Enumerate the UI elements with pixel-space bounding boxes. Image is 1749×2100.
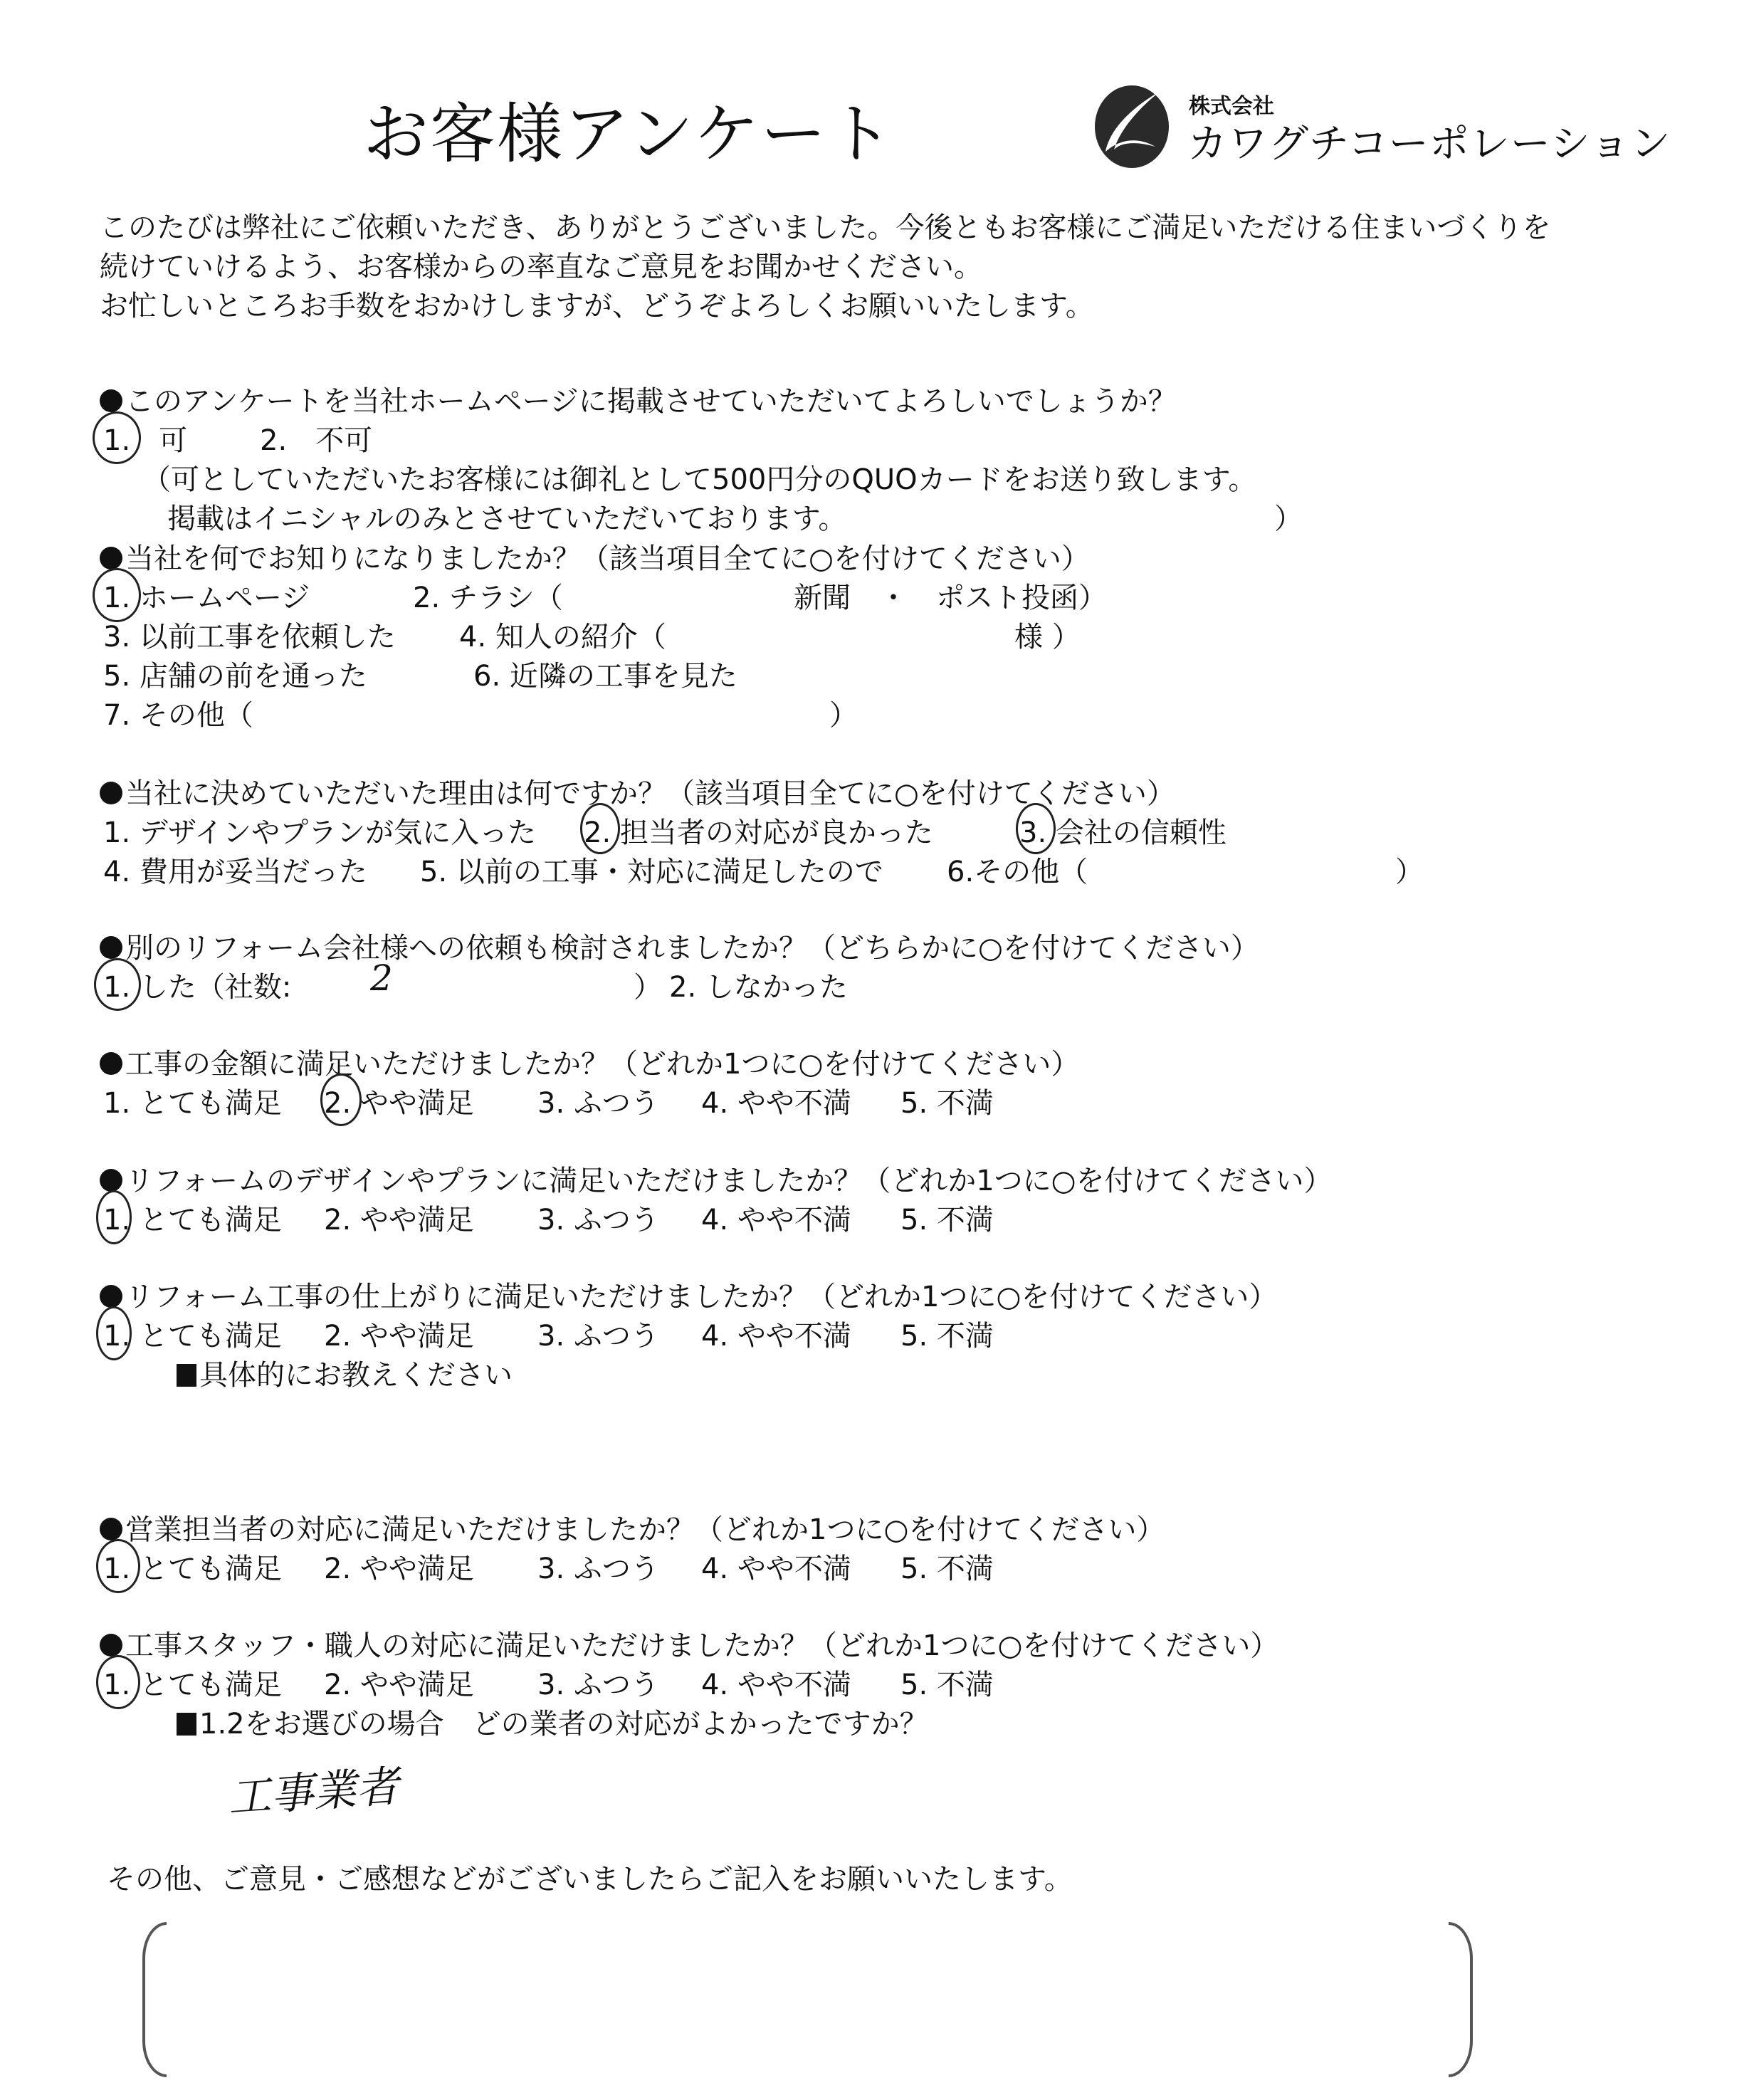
scale-option-3[interactable]: 3. ふつう [537,1081,659,1121]
option-saw-nearby-work[interactable]: 6. 近隣の工事を見た [473,653,737,694]
scale-option-1[interactable]: 1. とても満足 [103,1081,282,1121]
scale-option-3[interactable]: 3. ふつう [537,1197,659,1238]
scale-option-4[interactable]: 4. やや不満 [701,1546,851,1587]
option-passed-store[interactable]: 5. 店舗の前を通った [103,653,367,694]
question-design-satisfaction: リフォームのデザインやプランに満足いただけましたか？（どれか1つに○を付けてくだ… [100,1158,1333,1199]
comments-bracket-left [142,1922,167,2077]
option-previous-work[interactable]: 3. 以前工事を依頼した [103,614,396,655]
finish-detail-label: 具体的にお教えください [177,1353,513,1393]
square-bullet-icon [177,1364,196,1387]
bullet-icon [100,1634,122,1657]
publish-note-2: 掲載はイニシャルのみとさせていただいております。 [167,496,846,537]
option-referral-close: 様 ） [1014,614,1081,655]
comments-label: その他、ご意見・ご感想などがございましたらご記入をお願いいたします。 [107,1857,1073,1897]
option-referral[interactable]: 4. 知人の紹介（ [459,614,666,655]
scale-option-4[interactable]: 4. やや不満 [701,1197,851,1238]
selected-mark [93,411,141,464]
question-how-found: 当社を何でお知りになりましたか？（該当項目全てに○を付けてください） [100,536,1090,577]
question-publish: このアンケートを当社ホームページに掲載させていただいてよろしいでしょうか？ [100,379,1177,419]
question-sales-satisfaction: 営業担当者の対応に満足いただけましたか？（どれか1つに○を付けてください） [100,1507,1165,1548]
question-text: リフォームのデザインやプランに満足いただけましたか？（どれか1つに○を付けてくだ… [125,1165,1333,1197]
intro-line-1: このたびは弊社にご依頼いただき、ありがとうございました。今後ともお客様にご満足い… [100,205,1550,246]
option-publish-no[interactable]: 2. 不可 [260,418,372,458]
scale-option-2[interactable]: 2. やや満足 [324,1197,474,1238]
staff-detail-input[interactable]: 工事業者 [226,1753,400,1826]
selected-mark [96,1655,140,1709]
option-design[interactable]: 1. デザインやプランが気に入った [103,810,536,851]
scale-option-3[interactable]: 3. ふつう [537,1662,659,1703]
bullet-icon [100,389,122,412]
question-finish-satisfaction: リフォーム工事の仕上がりに満足いただけましたか？（どれか1つに○を付けてください… [100,1274,1277,1315]
selected-mark [94,958,141,1011]
scale-option-4[interactable]: 4. やや不満 [701,1081,851,1121]
company-count-value[interactable]: 2 [370,957,393,999]
option-other-close: ） [829,693,858,733]
intro-line-3: お忙しいところお手数をおかけしますが、どうぞよろしくお願いいたします。 [100,283,1094,324]
option-flyer[interactable]: 2. チラシ（ [413,575,563,616]
question-text: 工事の金額に満足いただけましたか？（どれか1つに○を付けてください） [125,1048,1079,1081]
bullet-icon [100,936,122,959]
scale-option-3[interactable]: 3. ふつう [537,1313,659,1354]
option-cost[interactable]: 4. 費用が妥当だった [103,849,367,890]
selected-mark [580,803,620,854]
question-reason: 当社に決めていただいた理由は何ですか？（該当項目全てに○を付けてください） [100,771,1175,812]
finish-detail-input[interactable] [214,1395,1353,1466]
detail-label-text: 具体的にお教えください [199,1359,513,1392]
selected-mark [96,1539,140,1593]
option-staff[interactable]: 2. 担当者の対応が良かった [584,810,933,851]
scale-option-5[interactable]: 5. 不満 [900,1197,994,1238]
scale-option-5[interactable]: 5. 不満 [900,1313,994,1354]
option-prior-satisfaction[interactable]: 5. 以前の工事・対応に満足したので [420,849,883,890]
scale-option-2[interactable]: 2. やや満足 [324,1662,474,1703]
scale-option-3[interactable]: 3. ふつう [537,1546,659,1587]
question-other-companies: 別のリフォーム会社様への依頼も検討されましたか？（どちらかに○を付けてください） [100,925,1259,966]
question-text: リフォーム工事の仕上がりに満足いただけましたか？（どれか1つに○を付けてください… [125,1281,1277,1313]
square-bullet-icon [177,1713,196,1736]
selected-mark [96,1190,132,1244]
scale-option-5[interactable]: 5. 不満 [900,1081,994,1121]
company-name: カワグチコーポレーション [1187,112,1671,169]
company-count-close: ） [634,965,662,1005]
bullet-icon [100,547,122,569]
question-text: 工事スタッフ・職人の対応に満足いただけましたか？（どれか1つに○を付けてください… [125,1629,1278,1662]
scale-option-2[interactable]: 2. やや満足 [324,1313,474,1354]
option-other-close: ） [1395,849,1424,890]
option-other[interactable]: 6.その他（ [947,849,1088,890]
selected-mark [1016,803,1056,854]
bullet-icon [100,782,122,804]
intro-line-2: 続けていけるよう、お客様からの率直なご意見をお聞かせください。 [100,244,982,285]
scale-option-4[interactable]: 4. やや不満 [701,1662,851,1703]
option-not-considered[interactable]: 2. しなかった [669,965,848,1005]
publish-note-close: ） [1274,496,1303,537]
company-logo-icon [1093,84,1175,169]
bullet-icon [100,1052,122,1075]
option-other[interactable]: 7. その他（ [103,693,253,733]
comments-bracket-right [1449,1922,1473,2077]
publish-note-1: （可としていただいたお客様には御礼として500円分のQUOカードをお送り致します… [142,457,1256,498]
question-text: 別のリフォーム会社様への依頼も検討されましたか？（どちらかに○を付けてください） [125,932,1259,965]
staff-detail-label: 1.2をお選びの場合 どの業者の対応がよかったですか？ [177,1701,928,1742]
comments-input[interactable] [178,1929,1438,2064]
page-title: お客様アンケート [363,82,894,176]
scale-option-5[interactable]: 5. 不満 [900,1546,994,1587]
bullet-icon [100,1285,122,1308]
question-text: 当社に決めていただいた理由は何ですか？（該当項目全てに○を付けてください） [125,777,1175,810]
scale-option-2[interactable]: 2. やや満足 [324,1546,474,1587]
bullet-icon [100,1518,122,1540]
bullet-icon [100,1169,122,1192]
detail-label-text: 1.2をお選びの場合 どの業者の対応がよかったですか？ [199,1708,928,1741]
selected-mark [320,1073,362,1126]
question-text: 営業担当者の対応に満足いただけましたか？（どれか1つに○を付けてください） [125,1513,1165,1546]
question-staff-satisfaction: 工事スタッフ・職人の対応に満足いただけましたか？（どれか1つに○を付けてください… [100,1623,1278,1664]
question-price-satisfaction: 工事の金額に満足いただけましたか？（どれか1つに○を付けてください） [100,1041,1079,1082]
question-text: 当社を何でお知りになりましたか？（該当項目全てに○を付けてください） [125,542,1090,575]
selected-mark [96,1306,132,1360]
scale-option-5[interactable]: 5. 不満 [900,1662,994,1703]
question-text: このアンケートを当社ホームページに掲載させていただいてよろしいでしょうか？ [125,385,1177,418]
option-flyer-detail: 新聞 ・ ポスト投函） [794,575,1107,616]
scale-option-4[interactable]: 4. やや不満 [701,1313,851,1354]
